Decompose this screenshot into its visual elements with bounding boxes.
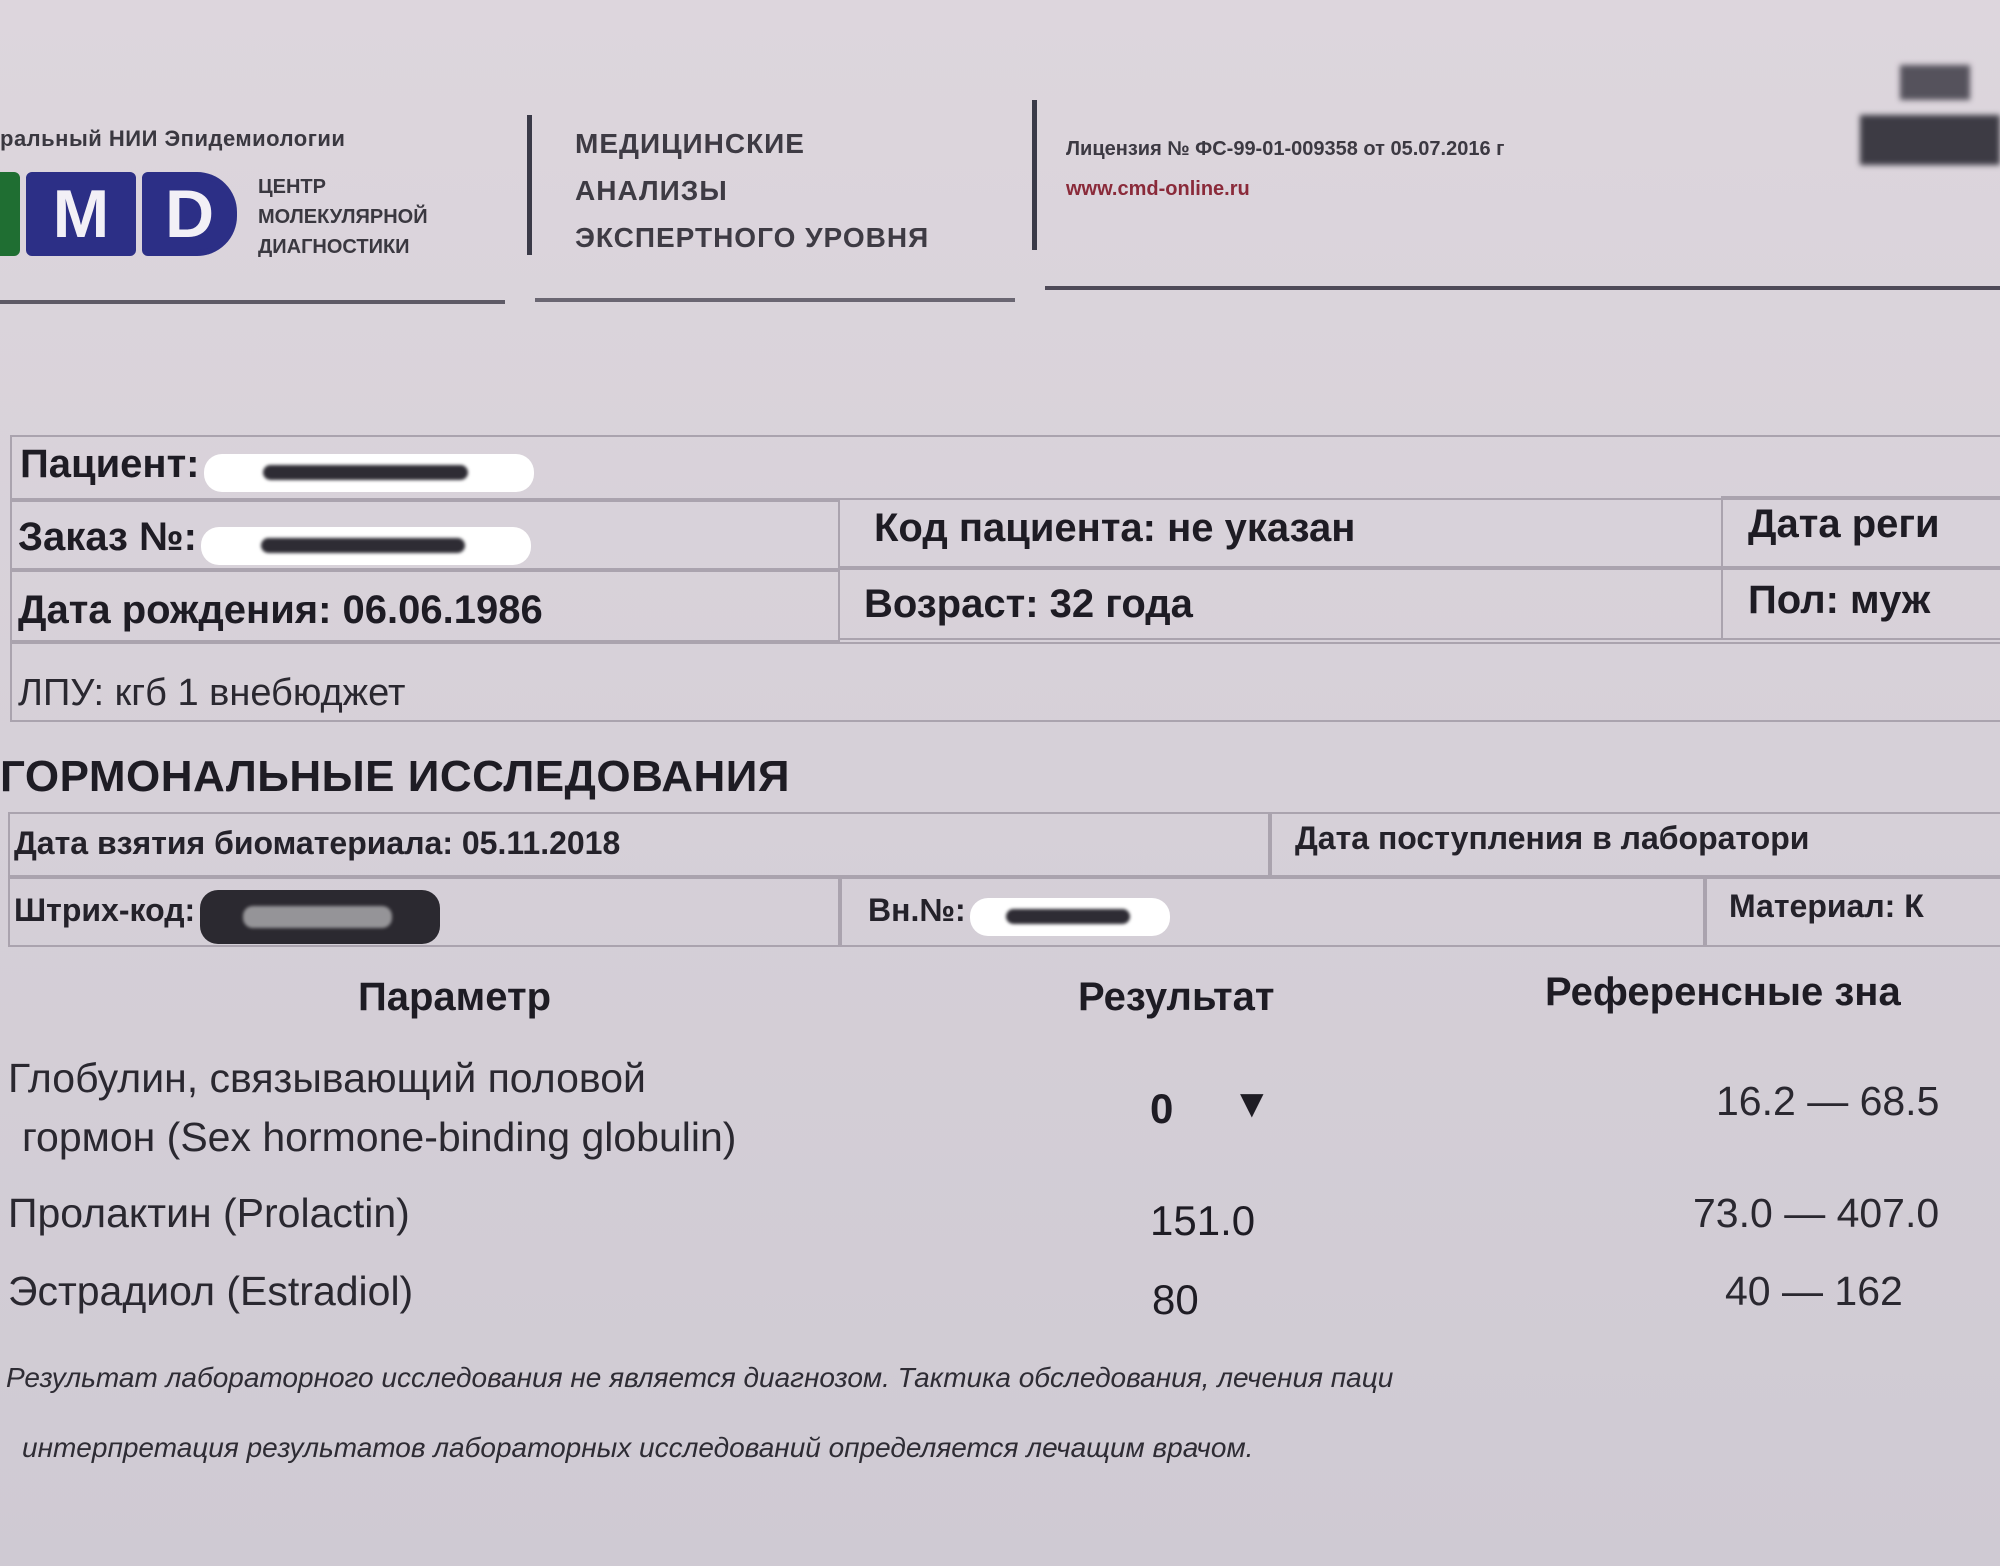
header-divider bbox=[527, 115, 532, 255]
redacted-area bbox=[1860, 115, 2000, 165]
tagline-line: МЕДИЦИНСКИЕ bbox=[575, 120, 929, 167]
organization-name: ральный НИИ Эпидемиологии bbox=[0, 126, 345, 152]
header-divider bbox=[1032, 100, 1037, 250]
header-rule bbox=[0, 300, 505, 304]
section-title: ГОРМОНАЛЬНЫЕ ИССЛЕДОВАНИЯ bbox=[0, 752, 790, 802]
birth-date: Дата рождения: 06.06.1986 bbox=[18, 588, 543, 633]
table-row-param: Глобулин, связывающий половой bbox=[8, 1055, 646, 1102]
table-row-reference: 16.2 — 68.5 bbox=[1716, 1078, 1939, 1125]
table-row-param: Пролактин (Prolactin) bbox=[8, 1190, 410, 1237]
order-field: Заказ №: bbox=[18, 515, 531, 565]
website-link[interactable]: www.cmd-online.ru bbox=[1066, 178, 1250, 201]
column-header-reference: Референсные зна bbox=[1545, 970, 1901, 1015]
patient-label: Пациент: bbox=[20, 442, 200, 486]
header-rule bbox=[1045, 286, 2000, 290]
logo-letter-m: M bbox=[26, 172, 136, 256]
header-tagline: МЕДИЦИНСКИЕ АНАЛИЗЫ ЭКСПЕРТНОГО УРОВНЯ bbox=[575, 120, 929, 261]
low-flag-icon: ▼ bbox=[1232, 1082, 1272, 1127]
logo-subtitle-line: ЦЕНТР bbox=[258, 172, 428, 202]
sample-date: Дата взятия биоматериала: 05.11.2018 bbox=[14, 825, 620, 862]
column-header-parameter: Параметр bbox=[358, 975, 551, 1020]
patient-field: Пациент: bbox=[20, 442, 534, 492]
patient-code: Код пациента: не указан bbox=[874, 506, 1355, 551]
material-label: Материал: К bbox=[1729, 888, 1924, 925]
sample-date-text: Дата взятия биоматериала: 05.11.2018 bbox=[14, 825, 620, 861]
logo-green-block bbox=[0, 172, 20, 256]
sex: Пол: муж bbox=[1748, 578, 1930, 623]
table-row-result: 80 bbox=[1152, 1276, 1199, 1324]
redacted-internal-no bbox=[970, 898, 1170, 936]
table-row-reference: 40 — 162 bbox=[1725, 1268, 1903, 1315]
internal-no-label: Вн.№: bbox=[868, 892, 966, 928]
disclaimer-line: Результат лабораторного исследования не … bbox=[6, 1362, 1393, 1394]
logo-letter-d: D bbox=[142, 172, 237, 256]
logo-subtitle-line: МОЛЕКУЛЯРНОЙ bbox=[258, 202, 428, 232]
logo-subtitle: ЦЕНТР МОЛЕКУЛЯРНОЙ ДИАГНОСТИКИ bbox=[258, 172, 428, 262]
header-rule bbox=[535, 298, 1015, 302]
column-header-result: Результат bbox=[1078, 975, 1274, 1020]
barcode-label: Штрих-код: bbox=[14, 892, 195, 928]
table-row-result: 0 bbox=[1150, 1085, 1173, 1133]
internal-no-field: Вн.№: bbox=[868, 892, 1170, 936]
redacted-order-number bbox=[201, 527, 531, 565]
order-label: Заказ №: bbox=[18, 515, 197, 559]
license-text: Лицензия № ФС-99-01-009358 от 05.07.2016… bbox=[1066, 138, 1504, 161]
logo-subtitle-line: ДИАГНОСТИКИ bbox=[258, 232, 428, 262]
redacted-patient-name bbox=[204, 454, 534, 492]
redacted-barcode bbox=[200, 890, 440, 944]
table-row-reference: 73.0 — 407.0 bbox=[1693, 1190, 1939, 1237]
tagline-line: ЭКСПЕРТНОГО УРОВНЯ bbox=[575, 214, 929, 261]
lpu: ЛПУ: кгб 1 внебюджет bbox=[18, 672, 405, 715]
table-row-param: гормон (Sex hormone-binding globulin) bbox=[22, 1114, 736, 1161]
cmd-logo: M D bbox=[0, 172, 237, 256]
registration-date-label: Дата реги bbox=[1748, 502, 1940, 547]
barcode-field: Штрих-код: bbox=[14, 890, 440, 944]
lab-receipt-date-label: Дата поступления в лаборатори bbox=[1295, 820, 1809, 857]
disclaimer-line: интерпретация результатов лабораторных и… bbox=[22, 1432, 1253, 1464]
table-row-result: 151.0 bbox=[1150, 1197, 1255, 1245]
table-row-param: Эстрадиол (Estradiol) bbox=[8, 1268, 413, 1315]
tagline-line: АНАЛИЗЫ bbox=[575, 167, 929, 214]
age: Возраст: 32 года bbox=[864, 582, 1193, 627]
redacted-area bbox=[1900, 65, 1970, 100]
